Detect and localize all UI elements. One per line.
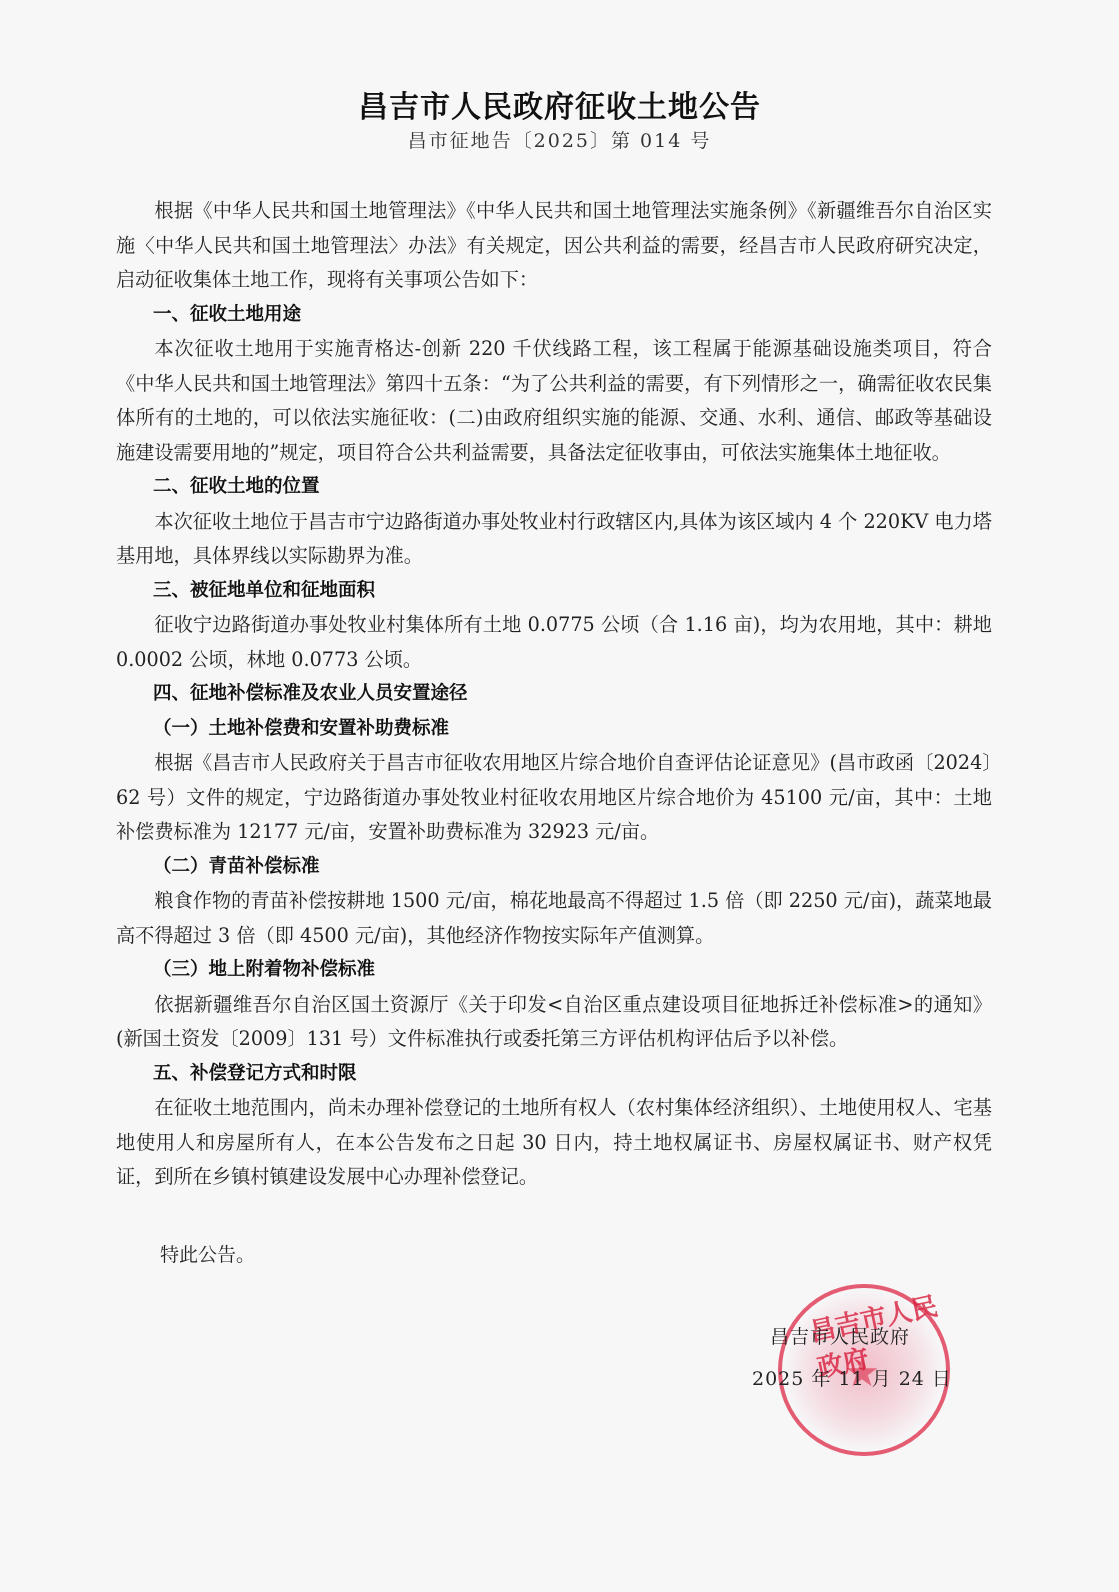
issuer-name: 昌吉市人民政府 — [770, 1322, 910, 1349]
subsection-heading-crops: （二）青苗补偿标准 — [116, 850, 992, 885]
issue-date: 2025 年 11 月 24 日 — [752, 1364, 952, 1391]
closing-text: 特此公告。 — [160, 1240, 255, 1267]
section-heading-area: 三、被征地单位和征地面积 — [116, 574, 992, 609]
section-heading-location: 二、征收土地的位置 — [116, 470, 992, 505]
section-heading-compensation: 四、征地补偿标准及农业人员安置途径 — [116, 677, 992, 712]
subsection-paragraph-land-fee: 根据《昌吉市人民政府关于昌吉市征收农用地区片综合地价自查评估论证意见》(昌市政函… — [116, 746, 992, 850]
subsection-paragraph-attachments: 依据新疆维吾尔自治区国土资源厅《关于印发<自治区重点建设项目征地拆迁补偿标准>的… — [116, 988, 992, 1057]
section-paragraph-area: 征收宁边路街道办事处牧业村集体所有土地 0.0775 公顷（合 1.16 亩)，… — [116, 608, 992, 677]
section-heading-registration: 五、补偿登记方式和时限 — [116, 1057, 992, 1092]
section-paragraph-registration: 在征收土地范围内，尚未办理补偿登记的土地所有权人（农村集体经济组织）、土地使用权… — [116, 1091, 992, 1195]
document-title: 昌吉市人民政府征收土地公告 — [0, 82, 1119, 126]
document-number: 昌市征地告〔2025〕第 014 号 — [0, 126, 1119, 153]
subsection-paragraph-crops: 粮食作物的青苗补偿按耕地 1500 元/亩，棉花地最高不得超过 1.5 倍（即 … — [116, 884, 992, 953]
document-body: 根据《中华人民共和国土地管理法》《中华人民共和国土地管理法实施条例》《新疆维吾尔… — [116, 194, 992, 1195]
section-heading-purpose: 一、征收土地用途 — [116, 298, 992, 333]
subsection-heading-attachments: （三）地上附着物补偿标准 — [116, 953, 992, 988]
section-paragraph-purpose: 本次征收土地用于实施青格达-创新 220 千伏线路工程，该工程属于能源基础设施类… — [116, 332, 992, 470]
intro-paragraph: 根据《中华人民共和国土地管理法》《中华人民共和国土地管理法实施条例》《新疆维吾尔… — [116, 194, 992, 298]
subsection-heading-land-fee: （一）土地补偿费和安置补助费标准 — [116, 712, 992, 747]
document-page: 昌吉市人民政府征收土地公告 昌市征地告〔2025〕第 014 号 根据《中华人民… — [0, 0, 1119, 1592]
section-paragraph-location: 本次征收土地位于昌吉市宁边路街道办事处牧业村行政辖区内,具体为该区域内 4 个 … — [116, 505, 992, 574]
